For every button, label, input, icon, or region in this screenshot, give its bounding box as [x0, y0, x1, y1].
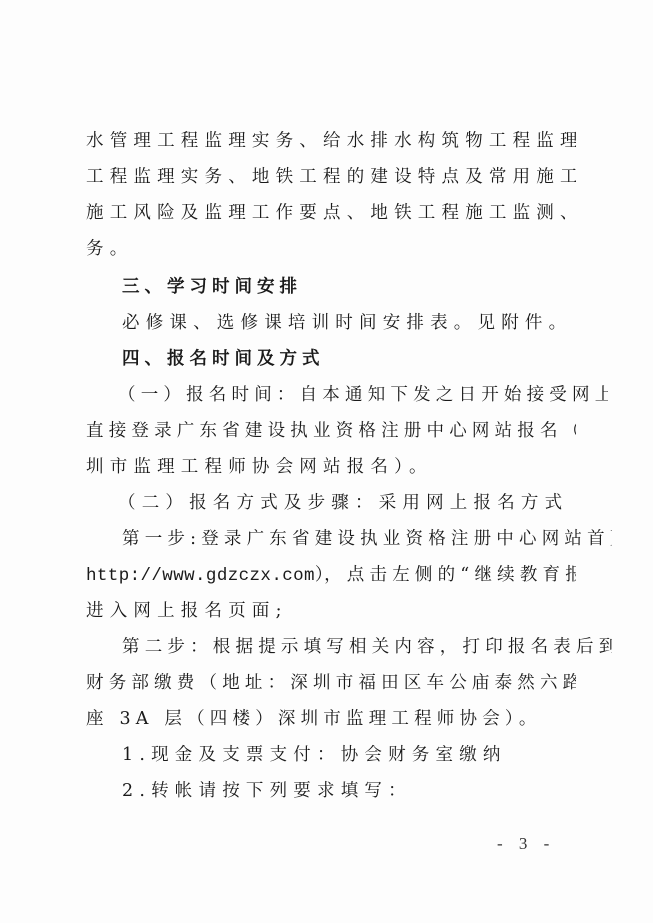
registration-time-line: 圳市监理工程师协会网站报名）。: [86, 455, 576, 479]
step-one-line: 第一步:登录广东省建设执业资格注册中心网站首页（网址:: [122, 527, 612, 551]
section-heading-4: 四、报名时间及方式: [122, 347, 612, 371]
body-text-line: 水管理工程监理实务、给水排水构筑物工程监理实务、城市排水: [86, 129, 576, 153]
step-one-instruction: ，点击左侧的“继续教育报名”图标: [324, 565, 576, 585]
body-text-line: 工程监理实务、地铁工程的建设特点及常用施工方法、地铁工程: [86, 165, 576, 189]
page-number: - 3 -: [497, 834, 555, 854]
step-one-url-line: http://www.gdzczx.com），点击左侧的“继续教育报名”图标: [86, 563, 576, 587]
registration-time-line: （一）报名时间：自本通知下发之日开始接受网上报名，请: [118, 383, 608, 407]
website-url: http://www.gdzczx.com）: [86, 566, 324, 586]
step-one-line: 进入网上报名页面;: [86, 599, 576, 623]
payment-option-1: 1.现金及支票支付：协会财务室缴纳: [122, 743, 612, 767]
section-3-body: 必修课、选修课培训时间安排表。见附件。: [122, 311, 612, 335]
section-heading-3: 三、学习时间安排: [122, 275, 612, 299]
step-two-line: 财务部缴费（地址：深圳市福田区车公庙泰然六路西雪松大夏B: [86, 671, 576, 695]
registration-method-heading: （二）报名方式及步骤：采用网上报名方式: [118, 491, 608, 515]
step-two-line: 座 3A 层（四楼）深圳市监理工程师协会）。: [86, 707, 576, 731]
registration-time-line: 直接登录广东省建设执业资格注册中心网站报名（不用再进入深: [86, 419, 576, 443]
step-two-line: 第二步：根据提示填写相关内容，打印报名表后到监理协会: [122, 635, 612, 659]
body-text-line: 务。: [86, 237, 576, 261]
document-page: 水管理工程监理实务、给水排水构筑物工程监理实务、城市排水 工程监理实务、地铁工程…: [0, 0, 653, 923]
body-text-line: 施工风险及监理工作要点、地铁工程施工监测、隧道工程监理实: [86, 201, 576, 225]
payment-option-2: 2.转帐请按下列要求填写：: [122, 779, 612, 803]
